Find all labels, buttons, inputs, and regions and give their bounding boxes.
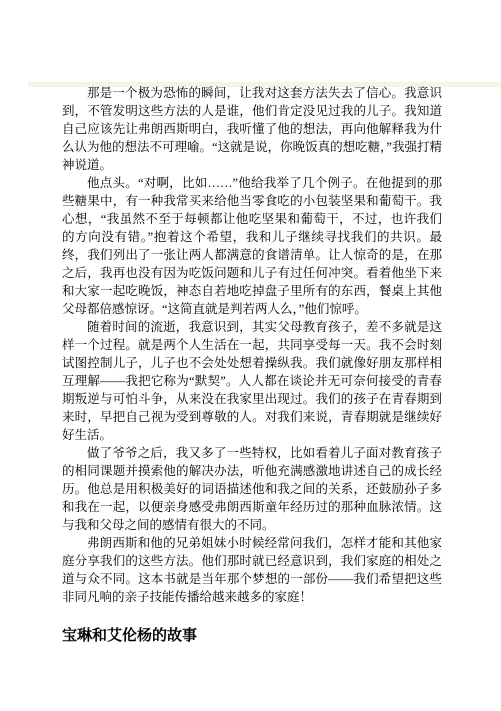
body-paragraph: 弗朗西斯和他的兄弟姐妹小时候经常问我们，怎样才能和其他家庭分享我们的这些方法。他… bbox=[62, 534, 442, 606]
text-block: 那是一个极为恐怖的瞬间，让我对这套方法失去了信心。我意识到，不管发明这些方法的人… bbox=[62, 84, 442, 646]
body-paragraph: 做了爷爷之后，我又多了一些特权，比如看着儿子面对教育孩子的相同课题并摸索他的解决… bbox=[62, 444, 442, 534]
document-page: 那是一个极为恐怖的瞬间，让我对这套方法失去了信心。我意识到，不管发明这些方法的人… bbox=[0, 0, 501, 711]
body-paragraph: 那是一个极为恐怖的瞬间，让我对这套方法失去了信心。我意识到，不管发明这些方法的人… bbox=[62, 84, 442, 174]
body-paragraph: 随着时间的流逝，我意识到，其实父母教育孩子，差不多就是这样一个过程。就是两个人生… bbox=[62, 318, 442, 444]
body-paragraph: 他点头。“对啊，比如……”他给我举了几个例子。在他提到的那些糖果中，有一种我常买… bbox=[62, 174, 442, 318]
section-heading: 宝琳和艾伦杨的故事 bbox=[62, 627, 442, 646]
